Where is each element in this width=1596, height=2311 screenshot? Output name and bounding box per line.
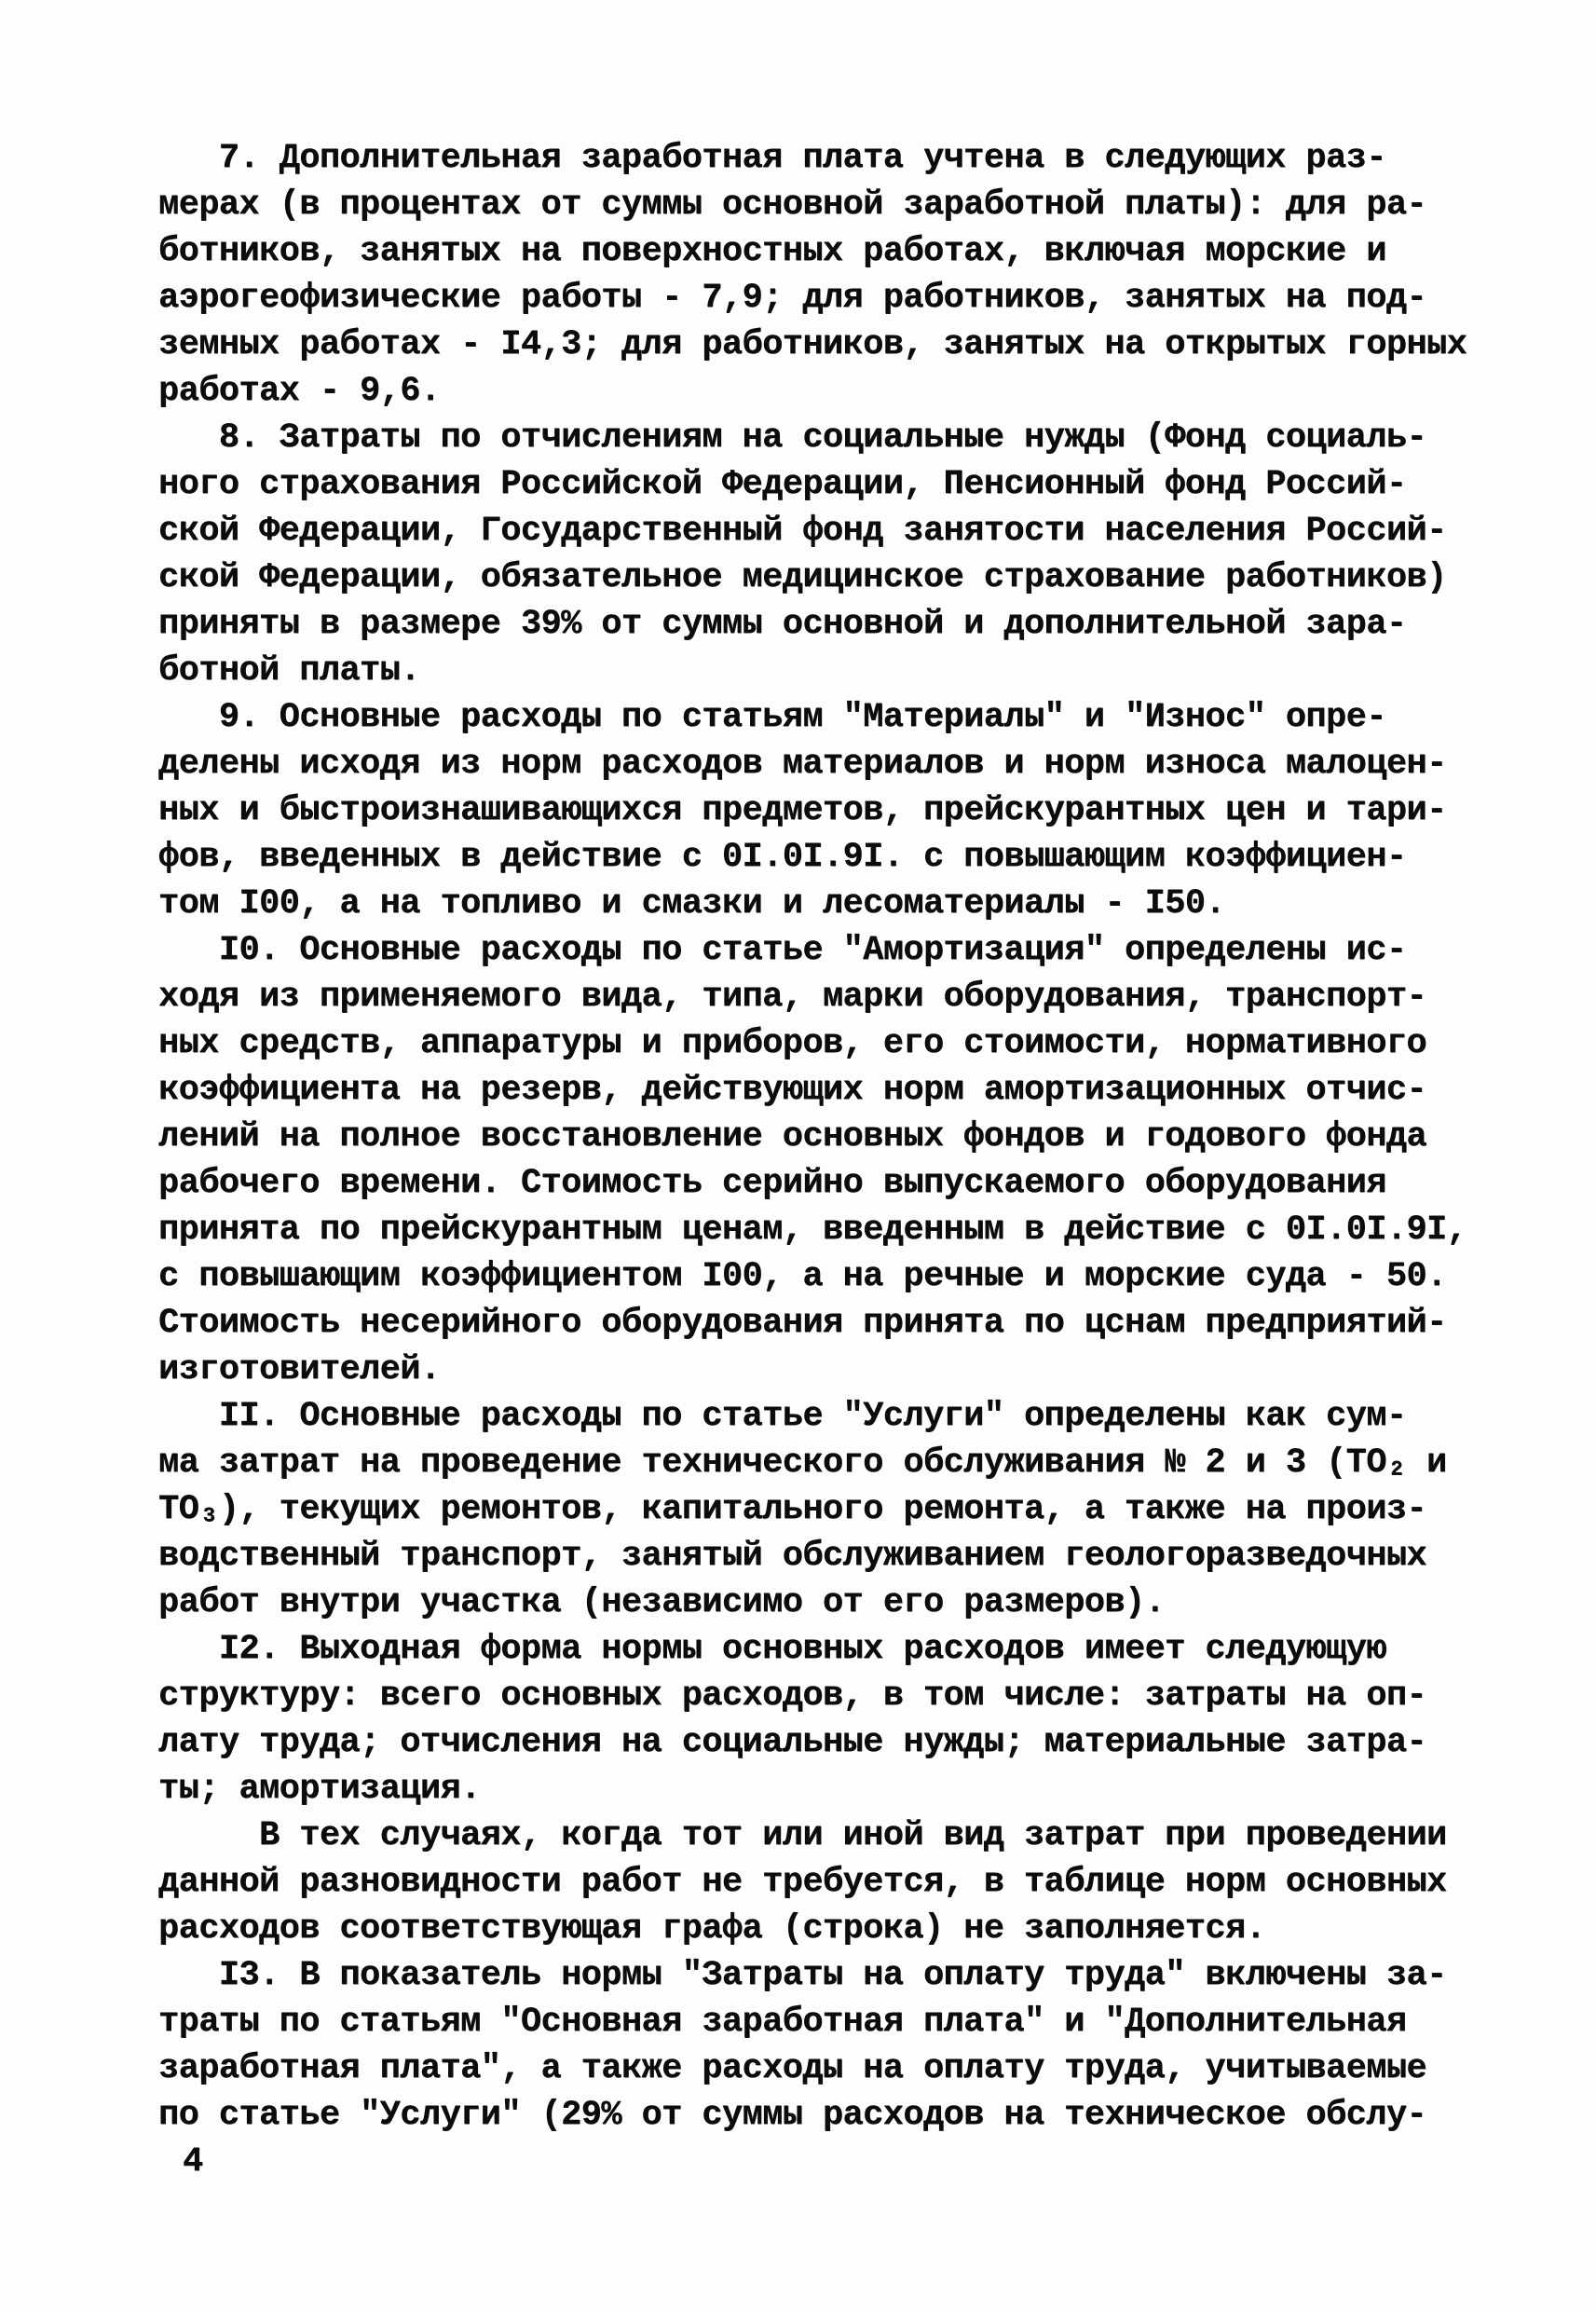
text-line: лату труда; отчисления на социальные нуж… — [158, 1719, 1519, 1766]
text-line: аэрогеофизические работы - 7,9; для рабо… — [158, 275, 1519, 321]
text-line: изготовителей. — [158, 1347, 1519, 1393]
paragraph-12: I2. Выходная форма нормы основных расход… — [158, 1626, 1519, 1812]
text-line: I0. Основные расходы по статье "Амортиза… — [158, 927, 1519, 974]
paragraph-8: 8. Затраты по отчислениям на социальные … — [158, 415, 1519, 694]
text-line: ботников, занятых на поверхностных работ… — [158, 228, 1519, 275]
text-line: земных работах - I4,3; для работников, з… — [158, 321, 1519, 368]
text-line: ных и быстроизнашивающихся предметов, пр… — [158, 787, 1519, 834]
text-line: В тех случаях, когда тот или иной вид за… — [158, 1812, 1519, 1859]
text-line: с повышающим коэффициентом I00, а на реч… — [158, 1253, 1519, 1300]
text-line: работ внутри участка (независимо от его … — [158, 1579, 1519, 1626]
text-line: заработная плата", а также расходы на оп… — [158, 2045, 1519, 2092]
text-line: коэффициента на резерв, действующих норм… — [158, 1067, 1519, 1114]
text-line: лений на полное восстановление основных … — [158, 1114, 1519, 1160]
text-line: ТО₃), текущих ремонтов, капитального рем… — [158, 1486, 1519, 1533]
text-line: водственный транспорт, занятый обслужива… — [158, 1533, 1519, 1579]
text-line: ской Федерации, Государственный фонд зан… — [158, 508, 1519, 554]
text-line: ных средств, аппаратуры и приборов, его … — [158, 1020, 1519, 1067]
text-line: 7. Дополнительная заработная плата учтен… — [158, 135, 1519, 182]
paragraph-10: I0. Основные расходы по статье "Амортиза… — [158, 927, 1519, 1393]
text-line: ного страхования Российской Федерации, П… — [158, 461, 1519, 508]
text-line: расходов соответствующая графа (строка) … — [158, 1906, 1519, 1952]
text-line: ты; амортизация. — [158, 1766, 1519, 1812]
paragraph-9: 9. Основные расходы по статьям "Материал… — [158, 694, 1519, 927]
text-line: делены исходя из норм расходов материало… — [158, 741, 1519, 787]
text-line: ской Федерации, обязательное медицинское… — [158, 554, 1519, 601]
text-line: I2. Выходная форма нормы основных расход… — [158, 1626, 1519, 1673]
text-line: работах - 9,6. — [158, 368, 1519, 415]
text-line: структуру: всего основных расходов, в то… — [158, 1673, 1519, 1719]
paragraph-11: II. Основные расходы по статье "Услуги" … — [158, 1393, 1519, 1626]
paragraph-unnumbered: В тех случаях, когда тот или иной вид за… — [158, 1812, 1519, 1952]
text-line: Стоимость несерийного оборудования приня… — [158, 1300, 1519, 1347]
text-line: ходя из применяемого вида, типа, марки о… — [158, 974, 1519, 1020]
text-line: данной разновидности работ не требуется,… — [158, 1859, 1519, 1906]
text-line: принята по прейскурантным ценам, введенн… — [158, 1207, 1519, 1253]
text-line: траты по статьям "Основная заработная пл… — [158, 1999, 1519, 2045]
text-line: ма затрат на проведение технического обс… — [158, 1440, 1519, 1486]
text-line: II. Основные расходы по статье "Услуги" … — [158, 1393, 1519, 1440]
scanned-page: 7. Дополнительная заработная плата учтен… — [0, 0, 1596, 2311]
text-line: том I00, а на топливо и смазки и лесомат… — [158, 881, 1519, 927]
page-number: 4 — [183, 2139, 203, 2185]
text-line: ботной платы. — [158, 648, 1519, 694]
text-line: 8. Затраты по отчислениям на социальные … — [158, 415, 1519, 461]
text-line: приняты в размере 39% от суммы основной … — [158, 601, 1519, 648]
paragraph-7: 7. Дополнительная заработная плата учтен… — [158, 135, 1519, 415]
text-line: I3. В показатель нормы "Затраты на оплат… — [158, 1952, 1519, 1999]
text-line: рабочего времени. Стоимость серийно выпу… — [158, 1160, 1519, 1207]
document-text: 7. Дополнительная заработная плата учтен… — [158, 135, 1519, 2139]
paragraph-13: I3. В показатель нормы "Затраты на оплат… — [158, 1952, 1519, 2139]
text-line: по статье "Услуги" (29% от суммы расходо… — [158, 2092, 1519, 2139]
text-line: фов, введенных в действие с 0I.0I.9I. с … — [158, 834, 1519, 881]
text-line: мерах (в процентах от суммы основной зар… — [158, 182, 1519, 228]
text-line: 9. Основные расходы по статьям "Материал… — [158, 694, 1519, 741]
